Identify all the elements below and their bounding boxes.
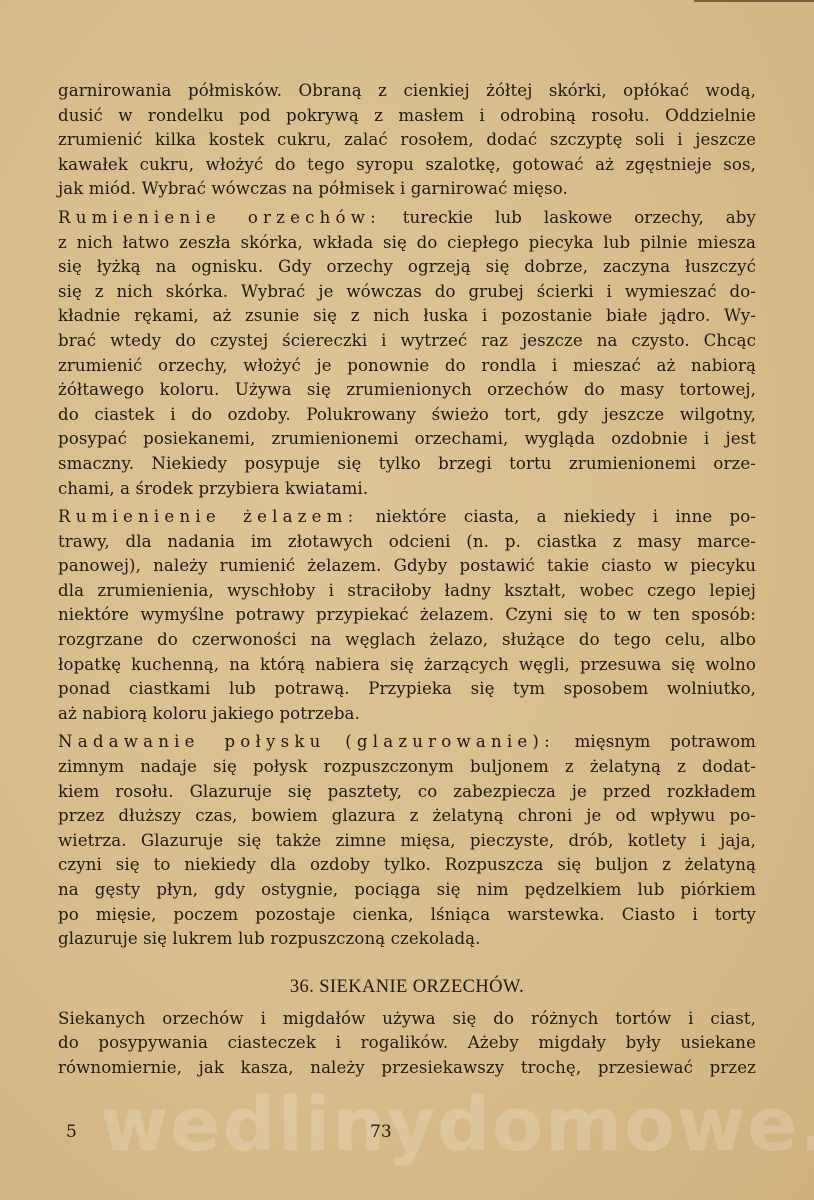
paragraph-nadawanie-polysku: Nadawanie połysku (glazurowanie): mięsny…: [58, 730, 756, 951]
text-line: Siekanych orzechów i migdałów używa się …: [58, 1007, 756, 1032]
paragraph-lead-term: Rumienienie żelazem:: [58, 507, 358, 526]
text-line: panowej), należy rumienić żelazem. Gdyby…: [58, 554, 756, 579]
text-line: posypać posiekanemi, zrumienionemi orzec…: [58, 427, 756, 452]
paragraph-rumienienie-zelazem: Rumienienie żelazem: niektóre ciasta, a …: [58, 505, 756, 726]
text-line: jak miód. Wybrać wówczas na półmisek i g…: [58, 177, 756, 202]
text-line: przez dłuższy czas, bowiem glazura z żel…: [58, 804, 756, 829]
text-line: się łyżką na ognisku. Gdy orzechy ogrzej…: [58, 255, 756, 280]
text-line: po mięsie, poczem pozostaje cienka, lśni…: [58, 903, 756, 928]
text-line: chami, a środek przybiera kwiatami.: [58, 477, 756, 502]
paragraph-siekanie-orzechow: Siekanych orzechów i migdałów używa się …: [58, 1007, 756, 1081]
text-line: kiem rosołu. Glazuruje się pasztety, co …: [58, 780, 756, 805]
text-line: Rumienienie żelazem: niektóre ciasta, a …: [58, 505, 756, 530]
paragraph-rumienienie-orzechow: Rumienienie orzechów: tureckie lub lasko…: [58, 206, 756, 501]
text-line: brać wtedy do czystej ściereczki i wytrz…: [58, 329, 756, 354]
text-line: garnirowania półmisków. Obraną z cienkie…: [58, 79, 756, 104]
page-number: 73: [370, 1122, 392, 1142]
text-line: glazuruje się lukrem lub rozpuszczoną cz…: [58, 927, 756, 952]
text-line: do ciastek i do ozdoby. Polukrowany świe…: [58, 403, 756, 428]
text-line: czyni się to niekiedy dla ozdoby tylko. …: [58, 853, 756, 878]
text-line: niektóre wymyślne potrawy przypiekać żel…: [58, 603, 756, 628]
paragraph-lead-term: Rumienienie orzechów:: [58, 208, 381, 227]
text-line: smaczny. Niekiedy posypuje się tylko brz…: [58, 452, 756, 477]
text-line: łopatkę kuchenną, na którą nabiera się ż…: [58, 653, 756, 678]
text-line: żółtawego koloru. Używa się zrumienionyc…: [58, 378, 756, 403]
text-line: równomiernie, jak kasza, należy przesiek…: [58, 1056, 756, 1081]
text-line: dusić w rondelku pod pokrywą z masłem i …: [58, 104, 756, 129]
text-line: kładnie rękami, aż zsunie się z nich łus…: [58, 304, 756, 329]
text-line: kawałek cukru, włożyć do tego syropu sza…: [58, 153, 756, 178]
watermark: wedlinydomowe.pl: [100, 1082, 740, 1168]
text-line: trawy, dla nadania im złotawych odcieni …: [58, 530, 756, 555]
paragraph-continuation: garnirowania półmisków. Obraną z cienkie…: [58, 79, 756, 202]
text-line: Nadawanie połysku (glazurowanie): mięsny…: [58, 730, 756, 755]
page-edge-shadow: [694, 0, 814, 2]
text-line: wietrza. Glazuruje się także zimne mięsa…: [58, 829, 756, 854]
signature-mark: 5: [66, 1122, 77, 1142]
book-page-text: garnirowania półmisków. Obraną z cienkie…: [58, 79, 756, 1081]
text-line: zrumienić orzechy, włożyć je ponownie do…: [58, 354, 756, 379]
text-line: do posypywania ciasteczek i rogalików. A…: [58, 1031, 756, 1056]
text-line: rozgrzane do czerwoności na węglach żela…: [58, 628, 756, 653]
text-line: na gęsty płyn, gdy ostygnie, pociąga się…: [58, 878, 756, 903]
section-heading: 36. SIEKANIE ORZECHÓW.: [58, 967, 756, 1007]
paragraph-lead-term: Nadawanie połysku: [58, 732, 326, 751]
text-line: aż nabiorą koloru jakiego potrzeba.: [58, 702, 756, 727]
text-line: zimnym nadaje się połysk rozpuszczonym b…: [58, 755, 756, 780]
text-line: ponad ciastkami lub potrawą. Przypieka s…: [58, 677, 756, 702]
text-line: zrumienić kilka kostek cukru, zalać roso…: [58, 128, 756, 153]
text-line: z nich łatwo zeszła skórka, wkłada się d…: [58, 231, 756, 256]
paragraph-lead-term-alt: (glazurowanie):: [345, 732, 555, 751]
text-line: dla zrumienienia, wyschłoby i straciłoby…: [58, 579, 756, 604]
text-line: Rumienienie orzechów: tureckie lub lasko…: [58, 206, 756, 231]
text-line: się z nich skórka. Wybrać je wówczas do …: [58, 280, 756, 305]
